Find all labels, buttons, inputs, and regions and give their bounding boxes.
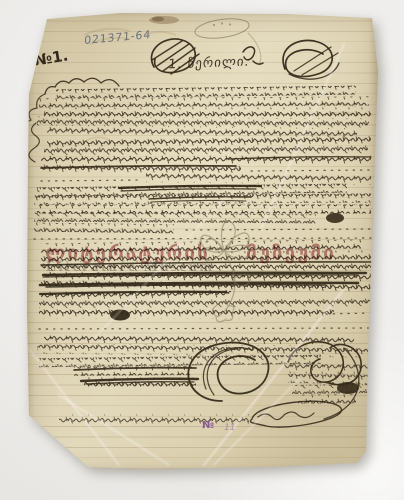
handwriting-lines (34, 86, 372, 424)
manuscript-paper: 021371-64 №1. 1. წერილი. № 11 ლიტერატური… (26, 11, 379, 479)
manuscript-handwriting (26, 11, 379, 479)
paper-shadow: 021371-64 №1. 1. წერილი. № 11 ლიტერატური… (26, 11, 379, 479)
photo-backdrop: 021371-64 №1. 1. წერილი. № 11 ლიტერატური… (0, 0, 404, 500)
